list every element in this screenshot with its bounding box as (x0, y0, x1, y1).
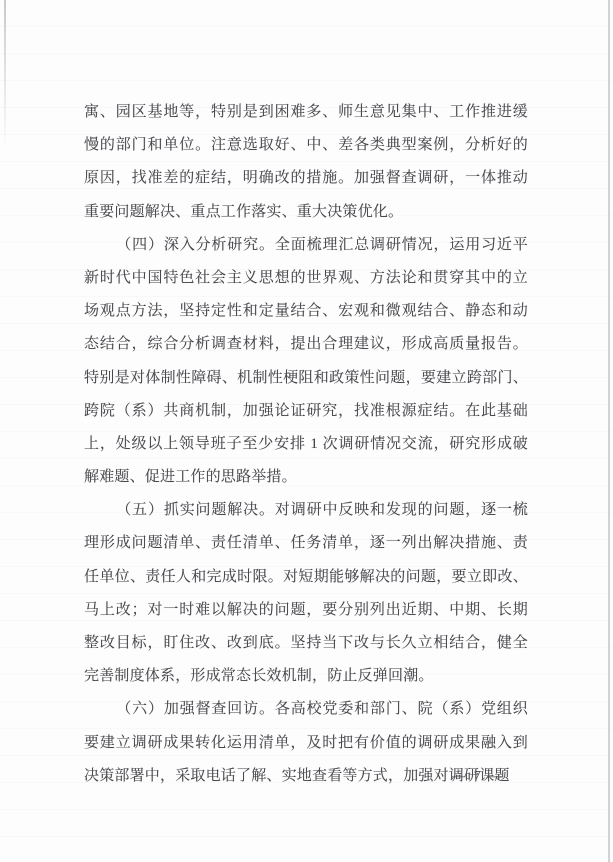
text-line: （六）加强督查回访。各高校党委和部门、院（系）党组织 (84, 693, 528, 726)
text-line: 态结合，综合分析调查材料，提出合理建议，形成高质量报告。 (84, 328, 528, 361)
text-line: 完善制度体系，形成常态长效机制，防止反弹回潮。 (84, 660, 528, 693)
text-line: 理形成问题清单、责任清单、任务清单，逐一列出解决措施、责 (84, 527, 528, 560)
text-line: 新时代中国特色社会主义思想的世界观、方法论和贯穿其中的立 (84, 262, 528, 295)
text-line: （四）深入分析研究。全面梳理汇总调研情况，运用习近平 (84, 229, 528, 262)
text-line: 场观点方法，坚持定性和定量结合、宏观和微观结合、静态和动 (84, 295, 528, 328)
document-body: 寓、园区基地等，特别是到困难多、师生意见集中、工作推进缓慢的部门和单位。注意选取… (84, 96, 528, 793)
text-line: 马上改；对一时难以解决的问题，要分别列出近期、中期、长期 (84, 594, 528, 627)
text-line: 原因，找准差的症结，明确改的措施。加强督查调研，一体推动 (84, 162, 528, 195)
text-line: 跨院（系）共商机制，加强论证研究，找准根源症结。在此基础 (84, 395, 528, 428)
text-line: 解难题、促进工作的思路举措。 (84, 461, 528, 494)
text-line: （五）抓实问题解决。对调研中反映和发现的问题，逐一梳 (84, 494, 528, 527)
page-number: — 7 — (452, 768, 552, 784)
scan-artifact-left-line (4, 0, 6, 150)
text-line: 特别是对体制性障碍、机制性梗阻和政策性问题，要建立跨部门、 (84, 362, 528, 395)
text-line: 上，处级以上领导班子至少安排 1 次调研情况交流，研究形成破 (84, 428, 528, 461)
text-line: 任单位、责任人和完成时限。对短期能够解决的问题，要立即改、 (84, 561, 528, 594)
text-line: 要建立调研成果转化运用清单，及时把有价值的调研成果融入到 (84, 727, 528, 760)
text-line: 整改目标，盯住改、改到底。坚持当下改与长久立相结合，健全 (84, 627, 528, 660)
scan-artifact-right-line (608, 0, 610, 862)
text-line: 慢的部门和单位。注意选取好、中、差各类典型案例，分析好的 (84, 129, 528, 162)
document-page: 寓、园区基地等，特别是到困难多、师生意见集中、工作推进缓慢的部门和单位。注意选取… (0, 0, 613, 862)
text-line: 寓、园区基地等，特别是到困难多、师生意见集中、工作推进缓 (84, 96, 528, 129)
text-line: 重要问题解决、重点工作落实、重大决策优化。 (84, 196, 528, 229)
